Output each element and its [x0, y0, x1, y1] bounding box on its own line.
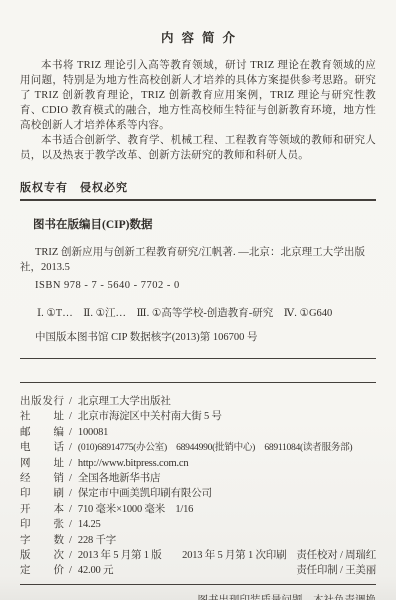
colophon-proofreader: 责任校对 / 周瑞红: [296, 548, 376, 563]
colophon-row-printer: 印刷 / 保定市中画美凯印刷有限公司: [20, 486, 376, 501]
cip-classification: Ⅰ. ①T… Ⅱ. ①江… Ⅲ. ①高等学校-创造教育-研究 Ⅳ. ①G640: [20, 306, 376, 321]
cip-record: TRIZ 创新应用与创新工程教育研究/江帆著. —北京：北京理工大学出版社，20…: [20, 245, 365, 275]
colophon-row-edition: 版次 / 2013 年 5 月第 1 版 2013 年 5 月第 1 次印刷 责…: [20, 548, 376, 563]
colophon-separator: /: [69, 425, 72, 440]
colophon-value: 北京市海淀区中关村南大街 5 号: [78, 409, 222, 424]
colophon-separator: /: [69, 394, 72, 409]
footer-quality-note: 图书出现印装质量问题，本社负责调换: [20, 592, 376, 600]
colophon-value: 228 千字: [78, 533, 116, 548]
copyright-notice: 版权专有 侵权必究: [20, 179, 376, 195]
cip-heading: 图书在版编目(CIP)数据: [20, 216, 376, 232]
colophon: 出版发行 / 北京理工大学出版社 社址 / 北京市海淀区中关村南大街 5 号 邮…: [20, 394, 376, 579]
colophon-label: 社址: [20, 409, 64, 424]
colophon-label: 邮编: [20, 425, 64, 440]
colophon-label: 网址: [20, 456, 64, 471]
colophon-row-format: 开本 / 710 毫米×1000 毫米 1/16: [20, 502, 376, 517]
colophon-separator: /: [69, 486, 72, 501]
colophon-label: 印刷: [20, 486, 64, 501]
colophon-row-price: 定价 / 42.00 元 责任印制 / 王美丽: [20, 563, 376, 578]
colophon-label: 出版发行: [20, 394, 64, 409]
cip-isbn: ISBN 978 - 7 - 5640 - 7702 - 0: [20, 278, 376, 293]
colophon-value: 保定市中画美凯印刷有限公司: [78, 486, 212, 501]
colophon-row-postcode: 邮编 / 100081: [20, 425, 376, 440]
intro-paragraph-2: 本书适合创新学、教育学、机械工程、工程教育等领域的教师和研究人员，以及热衷于教学…: [20, 133, 376, 163]
colophon-value: 2013 年 5 月第 1 版 2013 年 5 月第 1 次印刷: [78, 548, 286, 563]
colophon-value: 42.00 元: [78, 563, 113, 578]
colophon-separator: /: [69, 471, 72, 486]
colophon-value: 全国各地新华书店: [78, 471, 160, 486]
colophon-row-sheets: 印张 / 14.25: [20, 517, 376, 532]
colophon-value: 14.25: [78, 517, 101, 532]
colophon-print-supervisor: 责任印制 / 王美丽: [296, 563, 376, 578]
colophon-label: 经销: [20, 471, 64, 486]
colophon-separator: /: [69, 440, 72, 455]
intro-paragraph-1: 本书将 TRIZ 理论引入高等教育领域，研讨 TRIZ 理论在教育领域的应用问题…: [20, 58, 376, 133]
colophon-label: 印张: [20, 517, 64, 532]
colophon-separator: /: [69, 563, 72, 578]
colophon-row-publisher: 出版发行 / 北京理工大学出版社: [20, 394, 376, 409]
colophon-row-distribution: 经销 / 全国各地新华书店: [20, 471, 376, 486]
rule-under-copyright: [20, 199, 376, 201]
rule-above-colophon-1: [20, 358, 376, 359]
colophon-value: http://www.bitpress.com.cn: [78, 456, 188, 471]
colophon-separator: /: [69, 502, 72, 517]
colophon-label: 版次: [20, 548, 64, 563]
colophon-label: 定价: [20, 563, 64, 578]
colophon-row-phone: 电话 / (010)68914775(办公室) 68944990(批销中心) 6…: [20, 440, 376, 455]
colophon-value: 北京理工大学出版社: [78, 394, 171, 409]
intro-title: 内容简介: [0, 0, 396, 46]
copyright-page: 内容简介 本书将 TRIZ 理论引入高等教育领域，研讨 TRIZ 理论在教育领域…: [0, 0, 396, 600]
colophon-row-address: 社址 / 北京市海淀区中关村南大街 5 号: [20, 409, 376, 424]
colophon-value: (010)68914775(办公室) 68944990(批销中心) 689110…: [78, 440, 352, 455]
colophon-row-website: 网址 / http://www.bitpress.com.cn: [20, 456, 376, 471]
colophon-label: 字数: [20, 533, 64, 548]
colophon-separator: /: [69, 456, 72, 471]
colophon-value: 710 毫米×1000 毫米 1/16: [78, 502, 193, 517]
colophon-label: 开本: [20, 502, 64, 517]
rule-above-colophon-2: [20, 382, 376, 383]
colophon-separator: /: [69, 409, 72, 424]
colophon-value: 100081: [78, 425, 108, 440]
colophon-separator: /: [69, 548, 72, 563]
cip-registry: 中国版本图书馆 CIP 数据核字(2013)第 106700 号: [20, 330, 376, 345]
colophon-row-wordcount: 字数 / 228 千字: [20, 533, 376, 548]
colophon-label: 电话: [20, 440, 64, 455]
rule-above-footer: [20, 584, 376, 585]
colophon-separator: /: [69, 533, 72, 548]
colophon-separator: /: [69, 517, 72, 532]
